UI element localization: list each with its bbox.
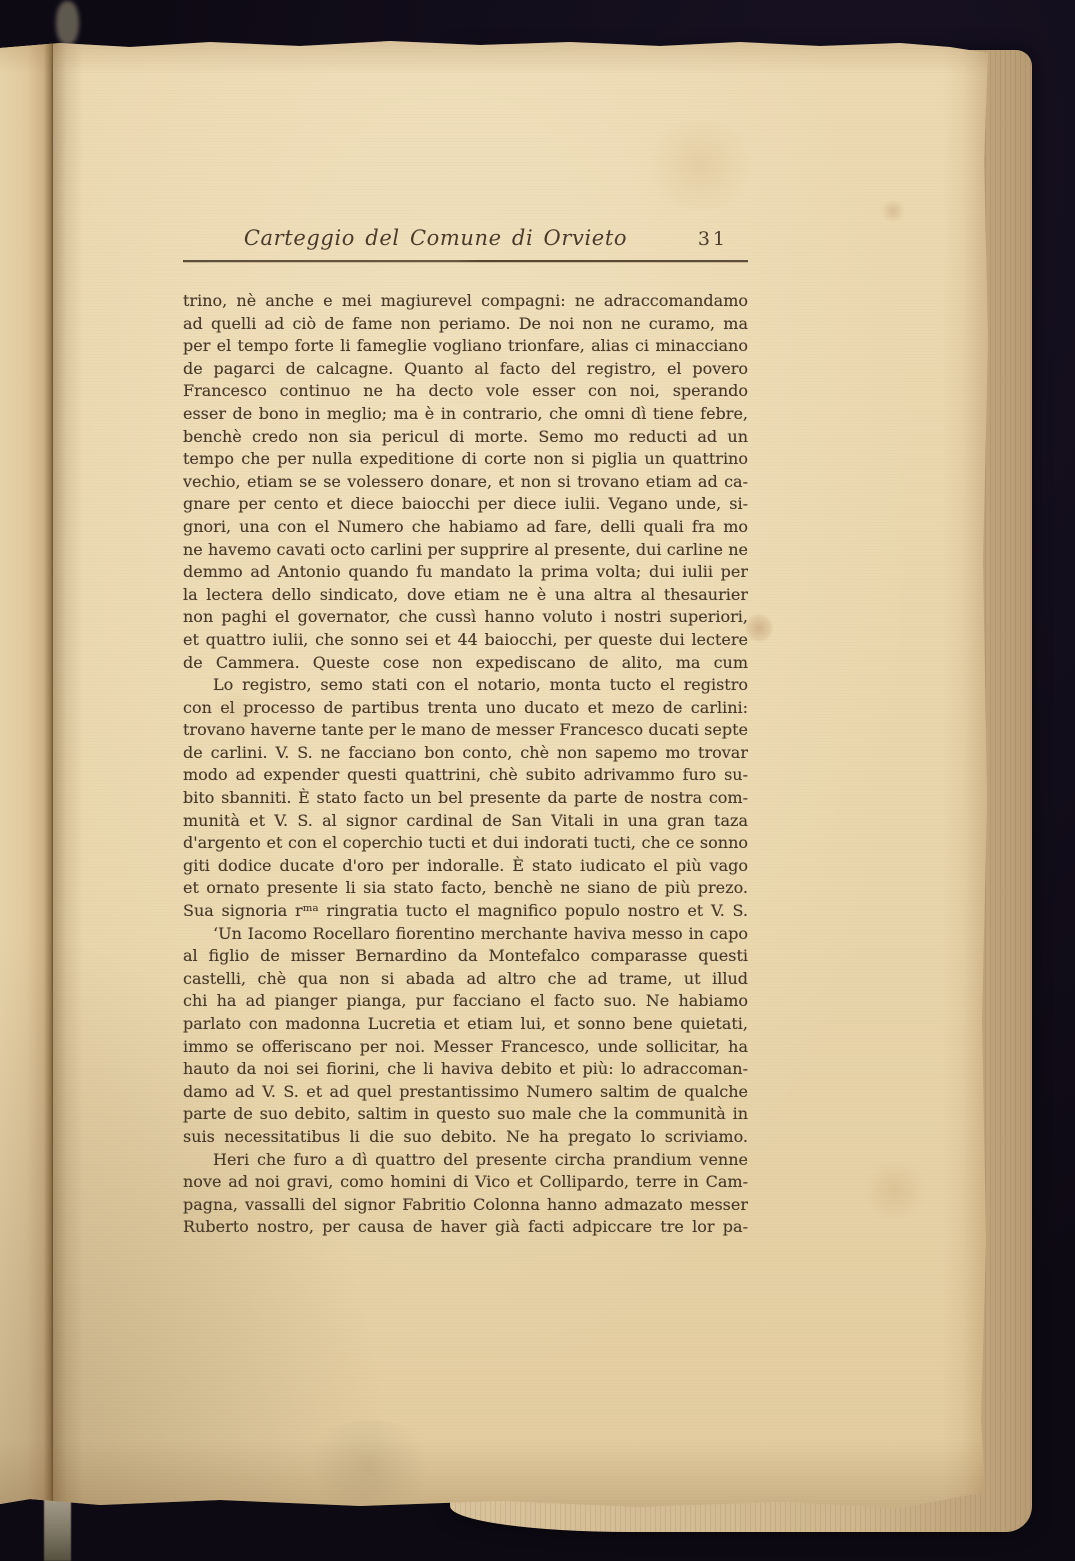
text-line: et quattro iulii, che sonno sei et 44 ba…: [183, 629, 748, 652]
text-line: ad quelli ad ciò de fame non periamo. De…: [183, 313, 748, 336]
text-line: gnare per cento et diece baiocchi per di…: [183, 493, 748, 516]
text-line: Francesco continuo ne ha decto vole esse…: [183, 380, 748, 403]
text-line: de pagarci de calcagne. Quanto al facto …: [183, 358, 748, 381]
text-line: benchè credo non sia pericul di morte. S…: [183, 426, 748, 449]
text-line: parlato con madonna Lucretia et etiam lu…: [183, 1013, 748, 1036]
text-line: de Cammera. Queste cose non expediscano …: [183, 652, 748, 675]
text-line: tempo che per nulla expeditione di corte…: [183, 448, 748, 471]
text-line: ‘Un Iacomo Rocellaro fiorentino merchant…: [183, 923, 748, 946]
spine-bottom-edge: [44, 1498, 71, 1561]
printed-content: Carteggio del Comune di Orvieto 31 trino…: [183, 40, 748, 1239]
text-line: chi ha ad pianger pianga, pur facciano e…: [183, 990, 748, 1013]
text-line: non paghi el governator, che cussì hanno…: [183, 606, 748, 629]
right-edge-shading: [942, 40, 988, 1510]
text-line: d'argento et con el coperchio tucti et d…: [183, 832, 748, 855]
paper-stain: [860, 1160, 930, 1220]
spine-top-edge: [56, 1, 79, 45]
body-text: trino, nè anche e mei magiurevel compagn…: [183, 290, 748, 1239]
text-line: al figlio de misser Bernardino da Montef…: [183, 945, 748, 968]
text-line: gnori, una con el Numero che habiamo ad …: [183, 516, 748, 539]
photographed-book-spread: Carteggio del Comune di Orvieto 31 trino…: [0, 0, 1075, 1561]
text-line: esser de bono in meglio; ma è in contrar…: [183, 403, 748, 426]
text-line: ne havemo cavati octo carlini per suppri…: [183, 539, 748, 562]
page-header-title: Carteggio del Comune di Orvieto: [183, 226, 688, 250]
text-line: suis necessitatibus li die suo debito. N…: [183, 1126, 748, 1149]
text-line: con el processo de partibus trenta uno d…: [183, 697, 748, 720]
text-line: hauto da noi sei fiorini, che li haviva …: [183, 1058, 748, 1081]
paper-stain: [300, 1420, 440, 1510]
text-line: trino, nè anche e mei magiurevel compagn…: [183, 290, 748, 313]
book-page: Carteggio del Comune di Orvieto 31 trino…: [0, 40, 988, 1510]
text-line: giti dodice ducate d'oro per indoralle. …: [183, 855, 748, 878]
text-line: munità et V. S. al signor cardinal de Sa…: [183, 810, 748, 833]
text-line: la lectera dello sindicato, dove etiam n…: [183, 584, 748, 607]
text-line: immo se offeriscano per noi. Messer Fran…: [183, 1036, 748, 1059]
text-line: parte de suo debito, saltim in questo su…: [183, 1103, 748, 1126]
text-line: de carlini. V. S. ne facciano bon conto,…: [183, 742, 748, 765]
text-line: Sua signoria rᵐᵃ ringratia tucto el magn…: [183, 900, 748, 923]
text-line: per el tempo forte li fameglie vogliano …: [183, 335, 748, 358]
text-line: et ornato presente li sia stato facto, b…: [183, 877, 748, 900]
text-line: pagna, vassalli del signor Fabritio Colo…: [183, 1194, 748, 1217]
gutter-margin: [0, 40, 53, 1510]
text-line: bito sbanniti. È stato facto un bel pres…: [183, 787, 748, 810]
text-line: modo ad expender questi quattrini, chè s…: [183, 764, 748, 787]
page-number: 31: [698, 228, 728, 250]
running-head: Carteggio del Comune di Orvieto 31: [183, 226, 748, 254]
text-line: castelli, chè qua non si abada ad altro …: [183, 968, 748, 991]
gutter-fold-shadow: [53, 40, 83, 1510]
header-rule: [183, 260, 748, 262]
text-line: Ruberto nostro, per causa de haver già f…: [183, 1216, 748, 1239]
paper-stain: [880, 200, 906, 222]
text-line: Heri che furo a dì quattro del presente …: [183, 1149, 748, 1172]
text-line: damo ad V. S. et ad quel prestantissimo …: [183, 1081, 748, 1104]
text-line: demmo ad Antonio quando fu mandato la pr…: [183, 561, 748, 584]
text-line: trovano haverne tante per le mano de mes…: [183, 719, 748, 742]
paper-stain: [744, 614, 774, 642]
text-line: vechio, etiam se se volessero donare, et…: [183, 471, 748, 494]
text-line: nove ad noi gravi, como homini di Vico e…: [183, 1171, 748, 1194]
text-line: Lo registro, semo stati con el notario, …: [183, 674, 748, 697]
